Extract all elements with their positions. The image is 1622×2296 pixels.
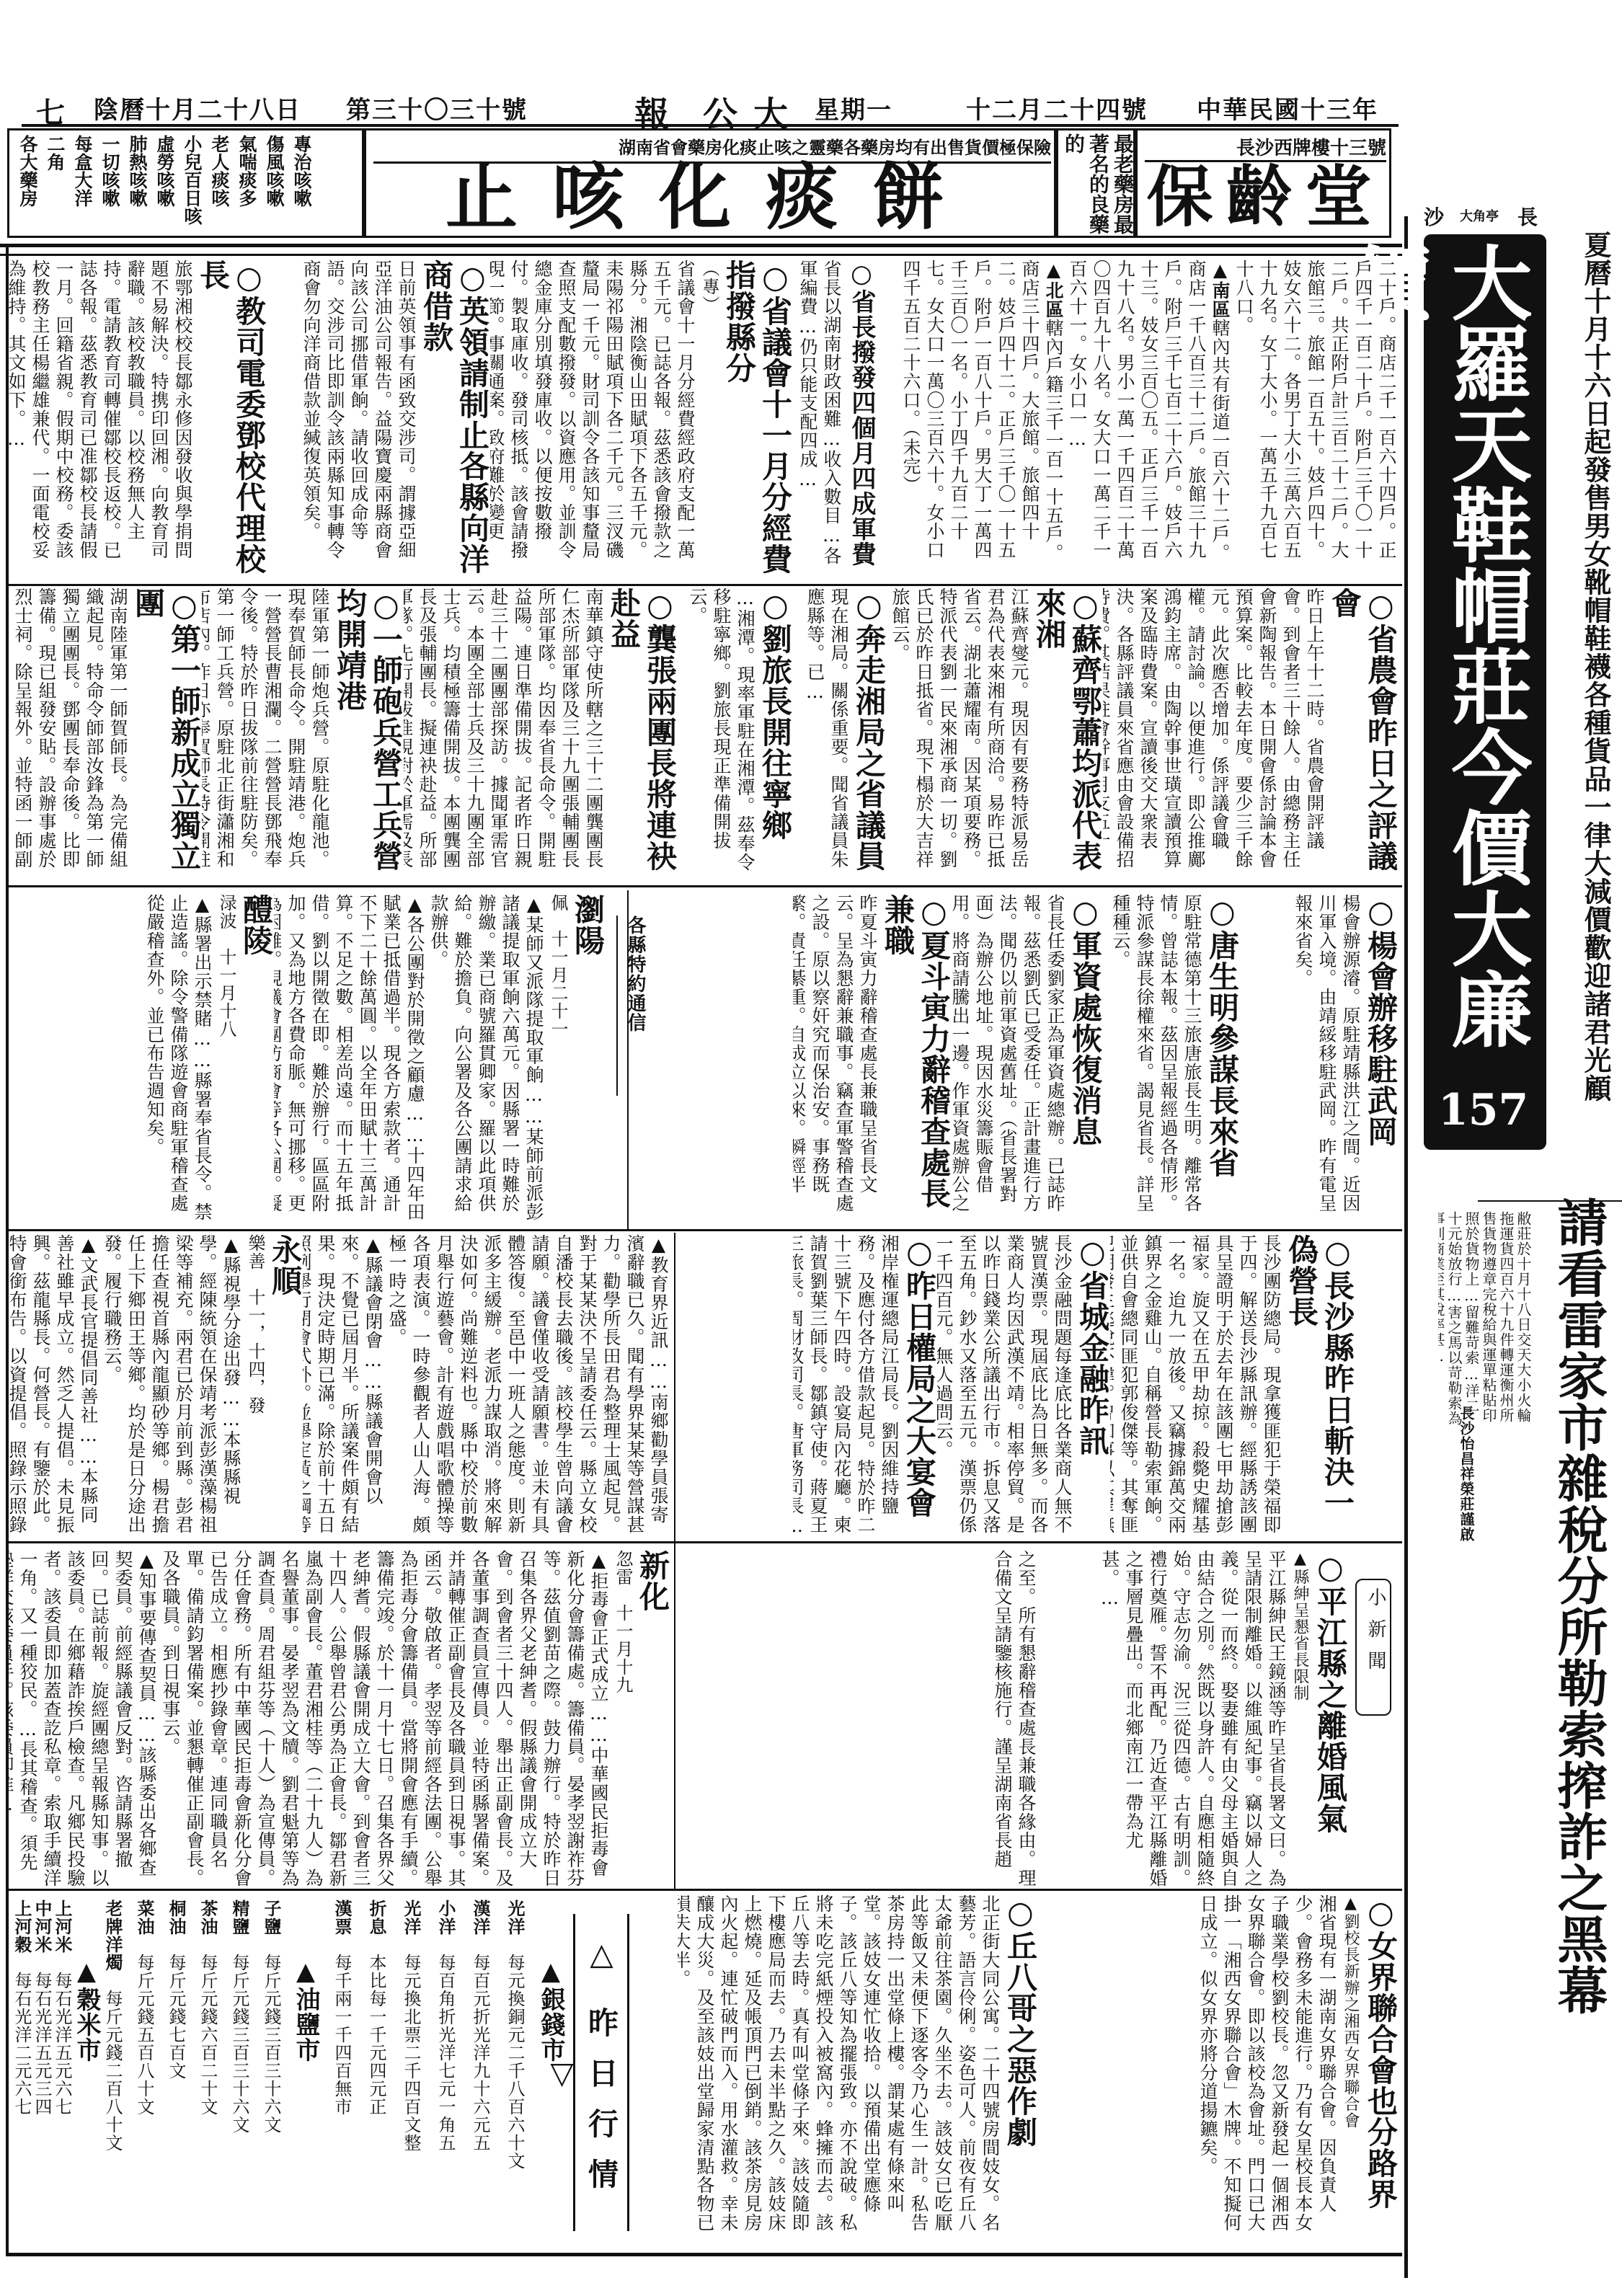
market-row: 中河米 每石光洋五元三四 [32, 1900, 52, 2246]
page-left-rule [6, 245, 9, 2256]
headline: ○唐生明參謀長來省 [1204, 894, 1240, 1225]
band-rule [7, 584, 1402, 586]
headline: ○省長撥發四個月四成軍費 [843, 260, 879, 577]
headline: ○奔走湘局之省議員 [851, 588, 887, 883]
place-name: 醴陵 [238, 894, 274, 1225]
arrow-up-icon: △ [584, 1936, 619, 1972]
market-row: 漢洋 每百元折光洋九十六元五 [463, 1900, 497, 2246]
county-education: ▲教育界近訊……南鄉勸學員張寄濱辭職已久。聞有學界某某等營謀甚力。勸學所長田君為… [303, 1234, 670, 1537]
issue-number: 第三十〇三十號 [346, 90, 528, 125]
county-liuyang: 瀏陽 佩 十一月二十一 ▲某師又派隊提取軍餉……某師前派彭諸議提取軍餉六萬元。因… [274, 894, 606, 1225]
market-section-title: ▲穀米市 [72, 1900, 101, 2246]
article-military-office: ○軍資處恢復消息 省長任委劉家正為軍資處總辦。已誌昨報。茲悉劉氏已受委任。正計畫… [952, 894, 1103, 1225]
baoling-ad: 長沙西牌樓十三號 保齡堂 [1135, 128, 1391, 238]
misc-note [1355, 1234, 1399, 1537]
headline: ○丘八哥之惡作劇 [1002, 1894, 1038, 2248]
column-divider [674, 1233, 675, 1543]
masthead-rule [22, 124, 1399, 127]
year: 中華民國十三年 [1197, 90, 1378, 125]
market-row: 折息 本比每一千元四元正 [359, 1900, 394, 2246]
baoling-slogan: 最老藥房最著名的良藥的 [1056, 128, 1135, 238]
right-column-divider [1404, 216, 1408, 2278]
band-rule [7, 1541, 1402, 1543]
headline: ○平江縣之離婚風氣 [1312, 1550, 1348, 1889]
headline: ○龔張兩團長將連袂赴益 [606, 588, 678, 883]
market-row: 茶油 每斤元錢六百二十文 [192, 1900, 223, 2246]
gregorian-date: 十二月二十四號 [966, 90, 1148, 125]
article-gong-zhang: ○龔張兩團長將連袂赴益 南華鎮守使所轄之三十二團龔團長仁杰所部軍隊及三十九團張輔… [404, 588, 678, 883]
dalutian-side-text: 夏曆十月十六日起發售男女靴帽鞋襪各種貨品一律大減價歡迎諸君光顧 [1554, 231, 1611, 1168]
market-row: 小洋 每百角折光洋七元一角五 [428, 1900, 463, 2246]
article-liu-brigade: ○劉旅長開往寧鄉 …湘潭。現率軍駐在湘潭。茲奉令移駐寧鄉。劉旅長現正準備開拔云。 [678, 588, 793, 883]
market-row: 光洋 每元換銅元二千八百六十文 [497, 1900, 532, 2246]
article-assembly-funds: ○省議會十一月分經費指撥縣分 （專） 省議會十一月分經費經政府支配一萬五千元。已… [490, 260, 793, 577]
section-rule [0, 244, 1402, 247]
headline: ○楊會辦移駐武岡 [1362, 894, 1399, 1225]
market-row: 精鹽 每斤元錢三百三十六文 [223, 1900, 255, 2246]
market-row: 桐油 每斤元錢七百文 [160, 1900, 192, 2246]
article-new-regiment: ○第一師新成立獨立團 湖南陸軍第一師賀師長。為完備組織起見。特命令師部汝鋒為第一… [7, 588, 202, 883]
notice-ad-title: 請看雷家市雜稅分所勒索搾詐之黑幕 [1528, 1197, 1615, 2134]
headline: ○第一師新成立獨立團 [130, 588, 202, 883]
dalutian-ad: 大羅天鞋帽莊今價大廉價 157 [1424, 234, 1546, 1150]
market-section-money: ▲銀錢市 光洋 每元換銅元二千八百六十文 漢洋 每百元折光洋九十六元五 小洋 每… [324, 1900, 570, 2246]
article-su-qi-envoys: ○蘇齊鄂蕭均派代表來湘 江蘇齊燮元。現因有要務特派易岳君為代表來湘有所商洽。易昨… [887, 588, 1103, 883]
market-section-oil-salt: ▲油鹽市 子鹽 每斤元錢三百三十六文 精鹽 每斤元錢三百三十六文 茶油 每斤元錢… [101, 1900, 324, 2246]
place-name: 新化 [634, 1550, 670, 1889]
census-text: 二十戶。商店二千一百六十四戶。正戶四千一百二十戶。附戶三千〇一十二戶。共正附戶計… [793, 260, 1399, 577]
county-xinhua: 新化 忽雷 十一月十九 ▲拒毒會正式成立……中華國民拒毒會新化分會籌備處。籌備員… [7, 1550, 670, 1889]
band-rule [7, 885, 1402, 887]
article-school-head: ○教司電委鄧校代理校長 旅鄂湘校校長鄒永修因發收與學捐問題不易解決。特携印回湘。… [7, 260, 267, 577]
place-name: 永順 [267, 1234, 303, 1537]
headline: ○女界聯合會也分路界 [1362, 1894, 1399, 2248]
article-pingjiang: ○平江縣之離婚風氣 ▲縣紳呈懇省長限制 平江縣紳民王鏡涵等昨呈省長署文曰。為呈請… [1038, 1550, 1348, 1889]
right-ad-header: 沙 大角亭 長 [1424, 202, 1546, 231]
article-womens-union: ○女界聯合會也分路界 ▲劉校長新辦之湘西女界聯合會 湘省現有一湖南女界聯合會。因… [1038, 1894, 1399, 2248]
cough-ad-side-text: 專治咳嗽 傷風咳嗽 氣喘痰多 老人痰咳 小兒百日咳 虛勞咳嗽 肺熱咳嗽 一切咳嗽… [14, 135, 315, 232]
article-xia-resign: ○夏斗寅力辭稽查處長兼職 昨夏斗寅力辭稽查處長兼職呈省長文云。呈為懇辭兼職事。竊… [793, 894, 952, 1225]
headline: ○昨日權局之大宴會 [901, 1234, 937, 1537]
section-rule [0, 254, 1402, 256]
notice-ad-signature: 長沙怡昌祥榮莊謹啟 [1449, 1406, 1478, 1622]
headline: ○夏斗寅力辭稽查處長兼職 [879, 894, 952, 1225]
misc-column-label: 小新聞 [1355, 1579, 1391, 1716]
headline: ○長沙縣昨日斬決一偽營長 [1283, 1234, 1355, 1537]
headline: ○省城金融昨訊 [1074, 1234, 1110, 1537]
column-divider [674, 1543, 675, 1889]
county-column-label: 各縣特約通信 [616, 916, 647, 1096]
article-yang-move: ○楊會辦移駐武岡 楊會辦源濬。原駐靖縣洪江之間。近因川軍入境。由靖綏移駐武岡。昨… [1240, 894, 1399, 1225]
market-row: 上河米 每石光洋五元六七 [52, 1900, 72, 2246]
headline: ○省議會十一月分經費指撥縣分 [721, 260, 793, 577]
masthead: 七 陰曆十月二十八日 第三十〇三十號 報 公 大 星期一 十二月二十四號 中華民… [29, 87, 1384, 130]
article-qiu-baga: ○丘八哥之惡作劇 北正街大同公寓。二十四號房間妓女。名藝芳。語言伶俐。姿色可人。… [678, 1894, 1038, 2248]
headline: ○英領請制止各縣向洋商借款 [418, 260, 490, 577]
market-section-grain: ▲穀米市 上河米 每石光洋五元六七 中河米 每石光洋五元三四 上河穀 每石光洋二… [14, 1900, 101, 2246]
article-agri-council: ○省農會昨日之評議會 昨日上午十二時。省農會開評議會。到會者三十餘人。由總務主任… [1103, 588, 1399, 883]
market-prices: △ 昨日行情 ▽ ▲銀錢市 光洋 每元換銅元二千八百六十文 漢洋 每百元折光洋九… [14, 1892, 642, 2253]
headline: ○省農會昨日之評議會 [1326, 588, 1399, 883]
county-liling: 醴陵 渌波 十一月十八 ▲縣署出示禁賭……縣署奉省長令。禁止造謠。除令警備隊遊會… [7, 894, 274, 1225]
headline: ○教司電委鄧校代理校長 [195, 260, 267, 577]
article-widow: 之至。所有懇辭稽查處長兼職各緣由。理合備文呈請鑒核施行。謹呈湖南省長趙 [678, 1550, 1038, 1889]
market-row: 老牌洋燭 每斤元錢二百八十文 [101, 1900, 128, 2246]
article-xiang-bureau: ○奔走湘局之省議員 現在湘局。關係重要。聞省議員朱應縣等。已… [793, 588, 887, 883]
headline: ○蘇齊鄂蕭均派代表來湘 [1031, 588, 1103, 883]
cough-ad: 湖南省會藥房化痰止咳之靈藥各藥房均有出售貨價極保險 止咳化痰餅 [364, 128, 1056, 238]
article-artillery: ○一師砲兵營工兵營均開靖港 陸軍第一師炮兵營。原駐化龍池。現奉賀師長命令。開駐靖… [202, 588, 404, 883]
market-title: 昨日行情 [584, 2007, 619, 2209]
dalutian-ad-title: 大羅天鞋帽莊今價大廉價 [1435, 241, 1535, 1071]
article-province-funds: ○省長撥發四個月四成軍費 省長以湖南財政困難…收入數目…各軍編費…仍只能支配四成… [793, 260, 879, 577]
headline: ○一師砲兵營工兵營均開靖港 [332, 588, 404, 883]
article-british-loan: ○英領請制止各縣向洋商借款 日前英領事有函致交涉司。謂據亞細亞洋油公司報告。益陽… [267, 260, 490, 577]
band-rule [7, 1229, 1402, 1231]
market-row: 子鹽 每斤元錢三百三十六文 [255, 1900, 287, 2246]
market-row: 光洋 每元換北票二千四百文整 [394, 1900, 428, 2246]
county-yongshun: 永順 樂善 十一，十四，發 ▲縣視學分途出發……本縣縣視學。經陳統領在保靖考派彭… [7, 1234, 303, 1537]
article-tang-staff: ○唐生明參謀長來省 原駐常德第十三旅唐旅長生明。離常各情。曾誌本報。茲因呈報經過… [1103, 894, 1240, 1225]
band-rule [7, 1889, 1402, 1891]
lunar-date: 陰曆十月二十八日 [94, 90, 301, 125]
cough-ad-sidebox: 專治咳嗽 傷風咳嗽 氣喘痰多 老人痰咳 小兒百日咳 虛勞咳嗽 肺熱咳嗽 一切咳嗽… [7, 128, 364, 238]
headline: ○軍資處恢復消息 [1067, 894, 1103, 1225]
article-changsha-execution: ○長沙縣昨日斬決一偽營長 長沙團防總局。現拿獲匪犯于榮福即于四。解送長沙縣訊辦。… [1110, 1234, 1355, 1537]
article-banquet: ○昨日權局之大宴會 湘岸権運總局江局長。劉因維持鹽務。及應付各方借款起見。特於昨… [793, 1234, 937, 1537]
phone-number: 157 [1438, 1085, 1528, 1135]
notice-ad-body: 敝莊於十月十八日交天大小火輪拖運貨四百六十九件轉運衡州所售貨物遵章完稅給與運單粘… [1438, 1211, 1532, 1427]
weekday: 星期一 [815, 90, 892, 125]
baoling-ad-title: 保齡堂 [1141, 161, 1390, 233]
page-bottom-rule [7, 2253, 1402, 2256]
market-section-title: ▲銀錢市 [532, 1900, 570, 2246]
article-finance: ○省城金融昨訊 長沙金融問題每逢底比各業商人無不號買漢票。現屆底比為日無多。而各… [937, 1234, 1110, 1537]
market-row: 上河穀 每石光洋二元六七 [14, 1900, 32, 2246]
place-name: 瀏陽 [570, 894, 606, 1225]
market-title-box: △ 昨日行情 ▽ [573, 1914, 629, 2231]
market-row: 菜油 每斤元錢五百八十文 [128, 1900, 160, 2246]
market-section-title: ▲油鹽市 [287, 1900, 324, 2246]
market-row: 漢票 每千兩一千四百無市 [324, 1900, 359, 2246]
headline: ○劉旅長開往寧鄉 [757, 588, 793, 883]
cough-ad-title: 止咳化痰餅 [381, 159, 1044, 235]
